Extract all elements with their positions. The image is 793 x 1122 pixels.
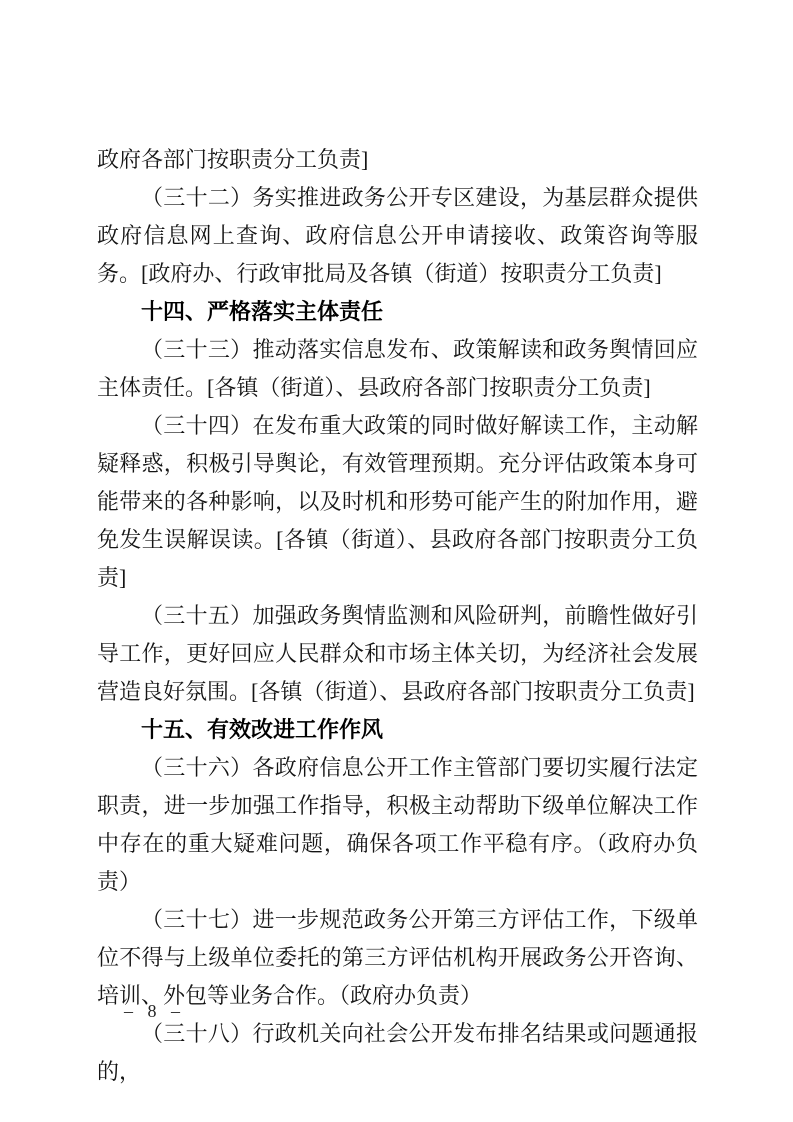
paragraph: （三十八）行政机关向社会公开发布排名结果或问题通报的， bbox=[97, 1015, 698, 1091]
paragraph: （三十四）在发布重大政策的同时做好解读工作，主动解疑释惑，积极引导舆论，有效管理… bbox=[97, 407, 698, 597]
section-heading: 十四、严格落实主体责任 bbox=[97, 293, 698, 331]
paragraph: （三十二）务实推进政务公开专区建设，为基层群众提供政府信息网上查询、政府信息公开… bbox=[97, 179, 698, 293]
section-heading: 十五、有效改进工作作风 bbox=[97, 711, 698, 749]
paragraph: （三十七）进一步规范政务公开第三方评估工作，下级单位不得与上级单位委托的第三方评… bbox=[97, 901, 698, 1015]
paragraph-continuation: 政府各部门按职责分工负责] bbox=[97, 141, 698, 179]
paragraph: （三十六）各政府信息公开工作主管部门要切实履行法定职责，进一步加强工作指导，积极… bbox=[97, 749, 698, 901]
document-page: 政府各部门按职责分工负责]（三十二）务实推进政务公开专区建设，为基层群众提供政府… bbox=[0, 0, 793, 1122]
paragraph: （三十三）推动落实信息发布、政策解读和政务舆情回应主体责任。[各镇（街道）、县政… bbox=[97, 331, 698, 407]
document-body: 政府各部门按职责分工负责]（三十二）务实推进政务公开专区建设，为基层群众提供政府… bbox=[97, 141, 698, 1091]
paragraph: （三十五）加强政务舆情监测和风险研判，前瞻性做好引导工作，更好回应人民群众和市场… bbox=[97, 597, 698, 711]
page-number: – 8 – bbox=[124, 1000, 183, 1022]
